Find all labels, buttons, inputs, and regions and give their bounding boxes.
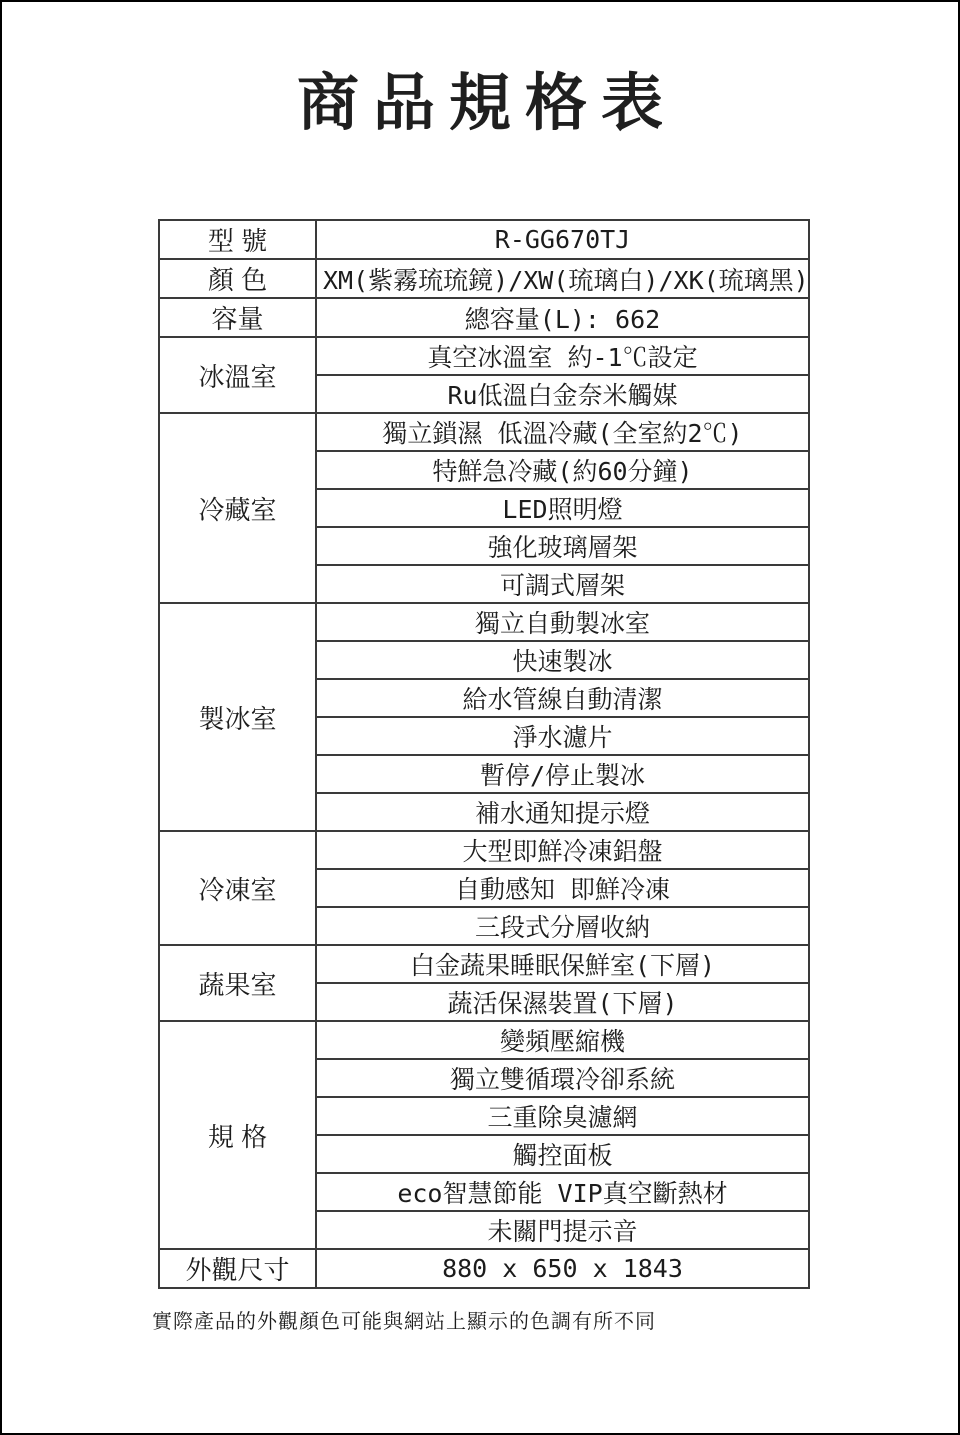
spec-value: Ru低溫白金奈米觸媒 — [316, 375, 809, 413]
spec-section-label-general-spec: 規 格 — [159, 1021, 316, 1249]
spec-value: 真空冰溫室 約-1℃設定 — [316, 337, 809, 375]
spec-sheet-page: 商品規格表 型 號 R-GG670TJ 顏 色 XM(紫霧琉琉鏡)/XW(琉璃白… — [0, 0, 960, 1435]
spec-value: 總容量(L): 662 — [316, 298, 809, 337]
spec-value: eco智慧節能 VIP真空斷熱材 — [316, 1173, 809, 1211]
page-title: 商品規格表 — [2, 68, 958, 139]
table-row: 容量 總容量(L): 662 — [159, 298, 809, 337]
spec-section-label-fridge-room: 冷藏室 — [159, 413, 316, 603]
spec-value: 獨立雙循環冷卻系統 — [316, 1059, 809, 1097]
table-row: 外觀尺寸 880 x 650 x 1843 — [159, 1249, 809, 1288]
table-row: 冷凍室 大型即鮮冷凍鋁盤 — [159, 831, 809, 869]
spec-value: 未關門提示音 — [316, 1211, 809, 1249]
footnote: 實際產品的外觀顏色可能與網站上顯示的色調有所不同 — [152, 1305, 958, 1334]
spec-value: 快速製冰 — [316, 641, 809, 679]
spec-section-label-vegetable-room: 蔬果室 — [159, 945, 316, 1021]
spec-value: XM(紫霧琉琉鏡)/XW(琉璃白)/XK(琉璃黑) — [316, 259, 809, 298]
spec-value: 給水管線自動清潔 — [316, 679, 809, 717]
spec-value: LED照明燈 — [316, 489, 809, 527]
spec-value: 三重除臭濾網 — [316, 1097, 809, 1135]
spec-value: 白金蔬果睡眠保鮮室(下層) — [316, 945, 809, 983]
table-row: 規 格 變頻壓縮機 — [159, 1021, 809, 1059]
spec-value: 補水通知提示燈 — [316, 793, 809, 831]
spec-value: 可調式層架 — [316, 565, 809, 603]
table-row: 冰溫室 真空冰溫室 約-1℃設定 — [159, 337, 809, 375]
spec-value: 三段式分層收納 — [316, 907, 809, 945]
spec-section-label-capacity: 容量 — [159, 298, 316, 337]
spec-table: 型 號 R-GG670TJ 顏 色 XM(紫霧琉琉鏡)/XW(琉璃白)/XK(琉… — [158, 219, 810, 1289]
spec-value: R-GG670TJ — [316, 220, 809, 259]
spec-value: 暫停/停止製冰 — [316, 755, 809, 793]
spec-value: 變頻壓縮機 — [316, 1021, 809, 1059]
spec-section-label-freezer-room: 冷凍室 — [159, 831, 316, 945]
spec-value: 880 x 650 x 1843 — [316, 1249, 809, 1288]
spec-section-label-color: 顏 色 — [159, 259, 316, 298]
spec-value: 蔬活保濕裝置(下層) — [316, 983, 809, 1021]
spec-value: 觸控面板 — [316, 1135, 809, 1173]
spec-section-label-chilled-room: 冰溫室 — [159, 337, 316, 413]
table-row: 製冰室 獨立自動製冰室 — [159, 603, 809, 641]
spec-value: 自動感知 即鮮冷凍 — [316, 869, 809, 907]
table-row: 蔬果室 白金蔬果睡眠保鮮室(下層) — [159, 945, 809, 983]
spec-section-label-model: 型 號 — [159, 220, 316, 259]
table-row: 顏 色 XM(紫霧琉琉鏡)/XW(琉璃白)/XK(琉璃黑) — [159, 259, 809, 298]
spec-section-label-dimensions: 外觀尺寸 — [159, 1249, 316, 1288]
spec-value: 獨立鎖濕 低溫冷藏(全室約2℃) — [316, 413, 809, 451]
table-row: 型 號 R-GG670TJ — [159, 220, 809, 259]
spec-section-label-ice-room: 製冰室 — [159, 603, 316, 831]
table-row: 冷藏室 獨立鎖濕 低溫冷藏(全室約2℃) — [159, 413, 809, 451]
spec-value: 特鮮急冷藏(約60分鐘) — [316, 451, 809, 489]
spec-value: 大型即鮮冷凍鋁盤 — [316, 831, 809, 869]
spec-value: 淨水濾片 — [316, 717, 809, 755]
spec-value: 獨立自動製冰室 — [316, 603, 809, 641]
spec-value: 強化玻璃層架 — [316, 527, 809, 565]
